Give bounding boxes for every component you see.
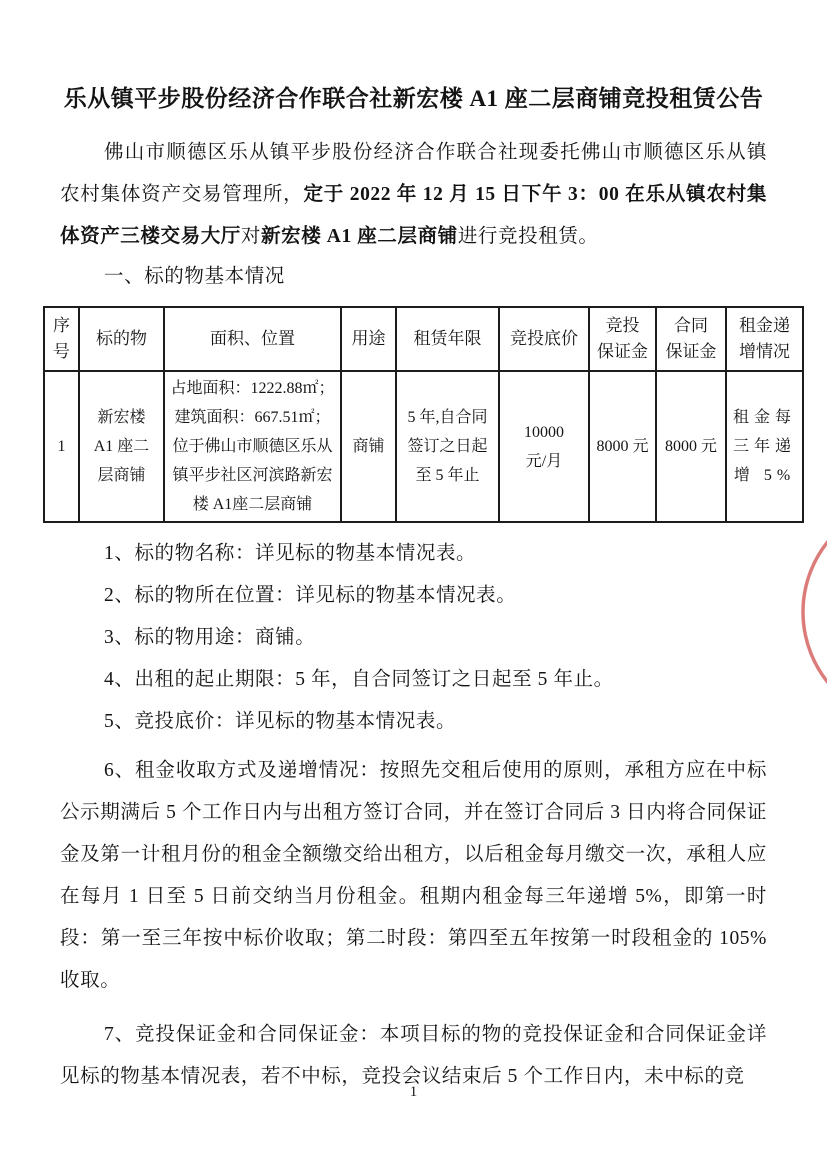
col-usage-header: 用途 (341, 307, 396, 371)
cell-area-location: 占地面积：1222.88㎡； 建筑面积：667.51㎡； 位于佛山市顺德区乐从镇… (164, 371, 341, 522)
col-rent-increase-header: 租金递 增情况 (726, 307, 803, 371)
col-subject-header: 标的物 (79, 307, 164, 371)
clause-item-2: 2、标的物所在位置：详见标的物基本情况表。 (60, 575, 767, 617)
document-page: 乐从镇平步股份经济合作联合社新宏楼 A1 座二层商铺竞投租赁公告 佛山市顺德区乐… (0, 0, 827, 1169)
table-row: 1 新宏楼 A1 座二 层商铺 占地面积：1222.88㎡； 建筑面积：667.… (44, 371, 803, 522)
page-title: 乐从镇平步股份经济合作联合社新宏楼 A1 座二层商铺竞投租赁公告 (60, 84, 767, 114)
clause-item-4: 4、出租的起止期限：5 年，自合同签订之日起至 5 年止。 (60, 659, 767, 701)
clause-item-6: 6、租金收取方式及递增情况：按照先交租后使用的原则，承租方应在中标公示期满后 5… (60, 750, 767, 1002)
intro-paragraph: 佛山市顺德区乐从镇平步股份经济合作联合社现委托佛山市顺德区乐从镇农村集体资产交易… (60, 132, 767, 258)
intro-segment: 进行竞投租赁。 (458, 226, 599, 247)
col-no-header: 序 号 (44, 307, 79, 371)
clause-item-3: 3、标的物用途：商铺。 (60, 617, 767, 659)
col-bid-deposit-header: 竞投 保证金 (589, 307, 656, 371)
intro-segment: 对 (241, 226, 261, 247)
clause-list: 1、标的物名称：详见标的物基本情况表。 2、标的物所在位置：详见标的物基本情况表… (60, 533, 767, 1098)
cell-lease-term: 5 年,自合同 签订之日起 至 5 年止 (396, 371, 499, 522)
cell-no: 1 (44, 371, 79, 522)
col-lease-term-header: 租赁年限 (396, 307, 499, 371)
col-area-location-header: 面积、位置 (164, 307, 341, 371)
page-number: 1 (0, 1084, 827, 1101)
col-base-price-header: 竞投底价 (499, 307, 589, 371)
clause-item-1: 1、标的物名称：详见标的物基本情况表。 (60, 533, 767, 575)
col-contract-deposit-header: 合同 保证金 (656, 307, 726, 371)
cell-bid-deposit: 8000 元 (589, 371, 656, 522)
clause-item-5: 5、竞投底价：详见标的物基本情况表。 (60, 701, 767, 743)
table-header-row: 序 号 标的物 面积、位置 用途 租赁年限 竞投底价 竞投 保证金 合同 保证金… (44, 307, 803, 371)
subject-info-table: 序 号 标的物 面积、位置 用途 租赁年限 竞投底价 竞投 保证金 合同 保证金… (43, 306, 804, 523)
intro-segment-bold-subject: 新宏楼 A1 座二层商铺 (261, 226, 458, 247)
cell-usage: 商铺 (341, 371, 396, 522)
official-seal-stamp: 山市顺德区 (782, 494, 827, 734)
cell-base-price: 10000 元/月 (499, 371, 589, 522)
section-heading: 一、标的物基本情况 (60, 258, 767, 296)
cell-subject: 新宏楼 A1 座二 层商铺 (79, 371, 164, 522)
cell-contract-deposit: 8000 元 (656, 371, 726, 522)
